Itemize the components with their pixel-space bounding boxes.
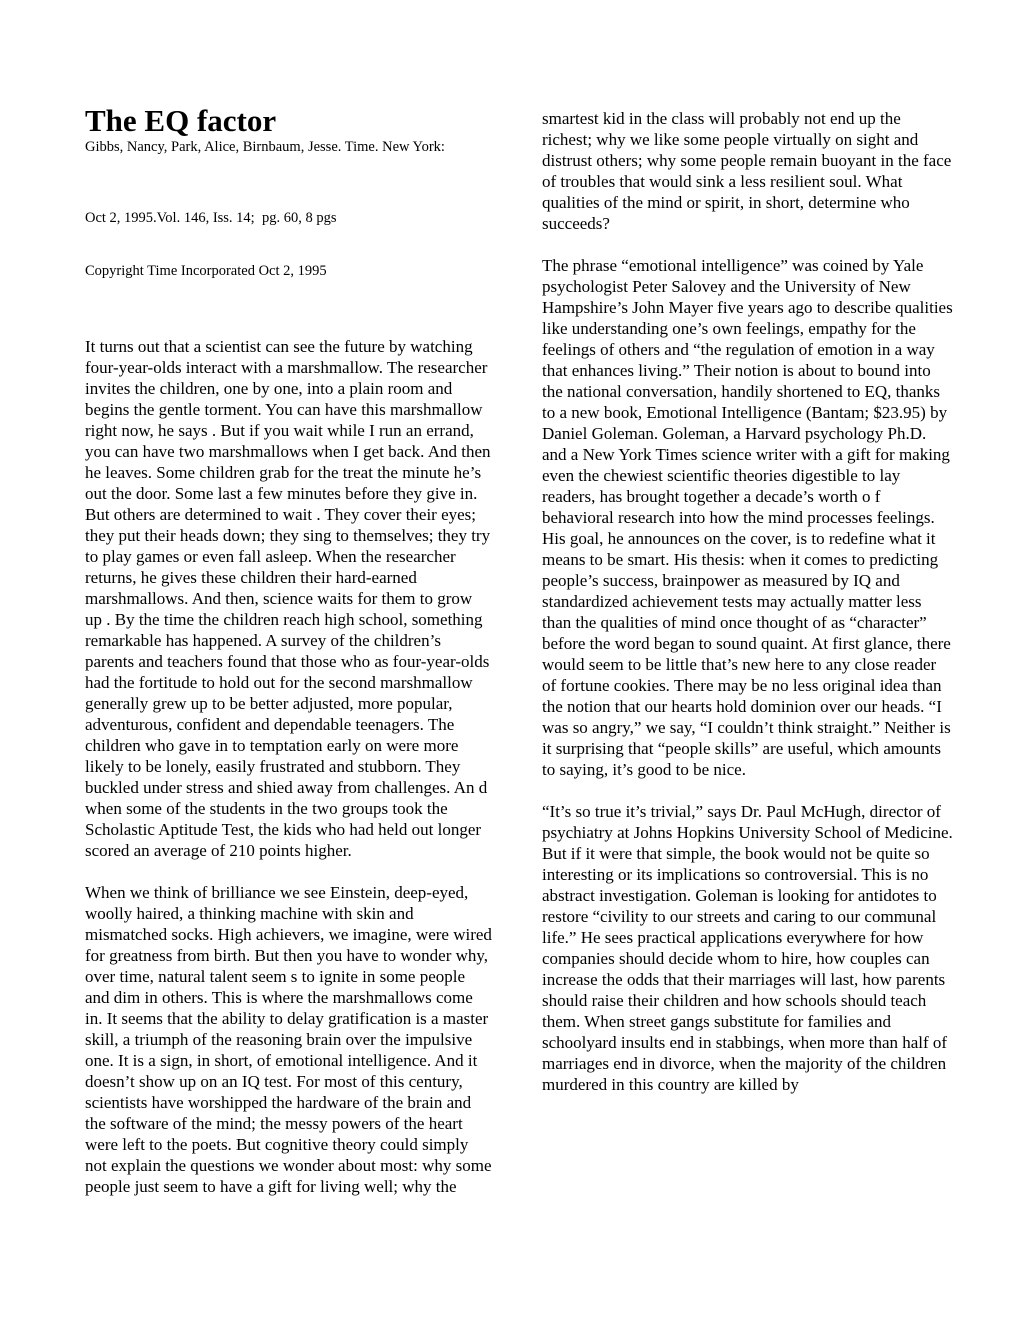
article-header: The EQ factor Gibbs, Nancy, Park, Alice,… bbox=[85, 103, 493, 315]
body-paragraph: It turns out that a scientist can see th… bbox=[85, 336, 493, 861]
article-title: The EQ factor bbox=[85, 103, 493, 139]
article-pub-info: Oct 2, 1995.Vol. 146, Iss. 14; pg. 60, 8… bbox=[85, 210, 493, 228]
article-copyright: Copyright Time Incorporated Oct 2, 1995 bbox=[85, 263, 493, 281]
left-column: The EQ factor Gibbs, Nancy, Park, Alice,… bbox=[85, 103, 493, 1197]
document-page: The EQ factor Gibbs, Nancy, Park, Alice,… bbox=[0, 0, 1020, 1320]
right-column: smartest kid in the class will probably … bbox=[542, 103, 953, 1197]
article-content: The EQ factor Gibbs, Nancy, Park, Alice,… bbox=[85, 103, 953, 1197]
body-paragraph: “It’s so true it’s trivial,” says Dr. Pa… bbox=[542, 801, 953, 1095]
body-paragraph: The phrase “emotional intelligence” was … bbox=[542, 255, 953, 780]
left-column-paragraphs: It turns out that a scientist can see th… bbox=[85, 336, 493, 1197]
article-byline: Gibbs, Nancy, Park, Alice, Birnbaum, Jes… bbox=[85, 139, 493, 156]
article-meta: Oct 2, 1995.Vol. 146, Iss. 14; pg. 60, 8… bbox=[85, 175, 493, 315]
body-paragraph: When we think of brilliance we see Einst… bbox=[85, 882, 493, 1197]
right-column-paragraphs: smartest kid in the class will probably … bbox=[542, 108, 953, 1095]
body-paragraph: smartest kid in the class will probably … bbox=[542, 108, 953, 234]
